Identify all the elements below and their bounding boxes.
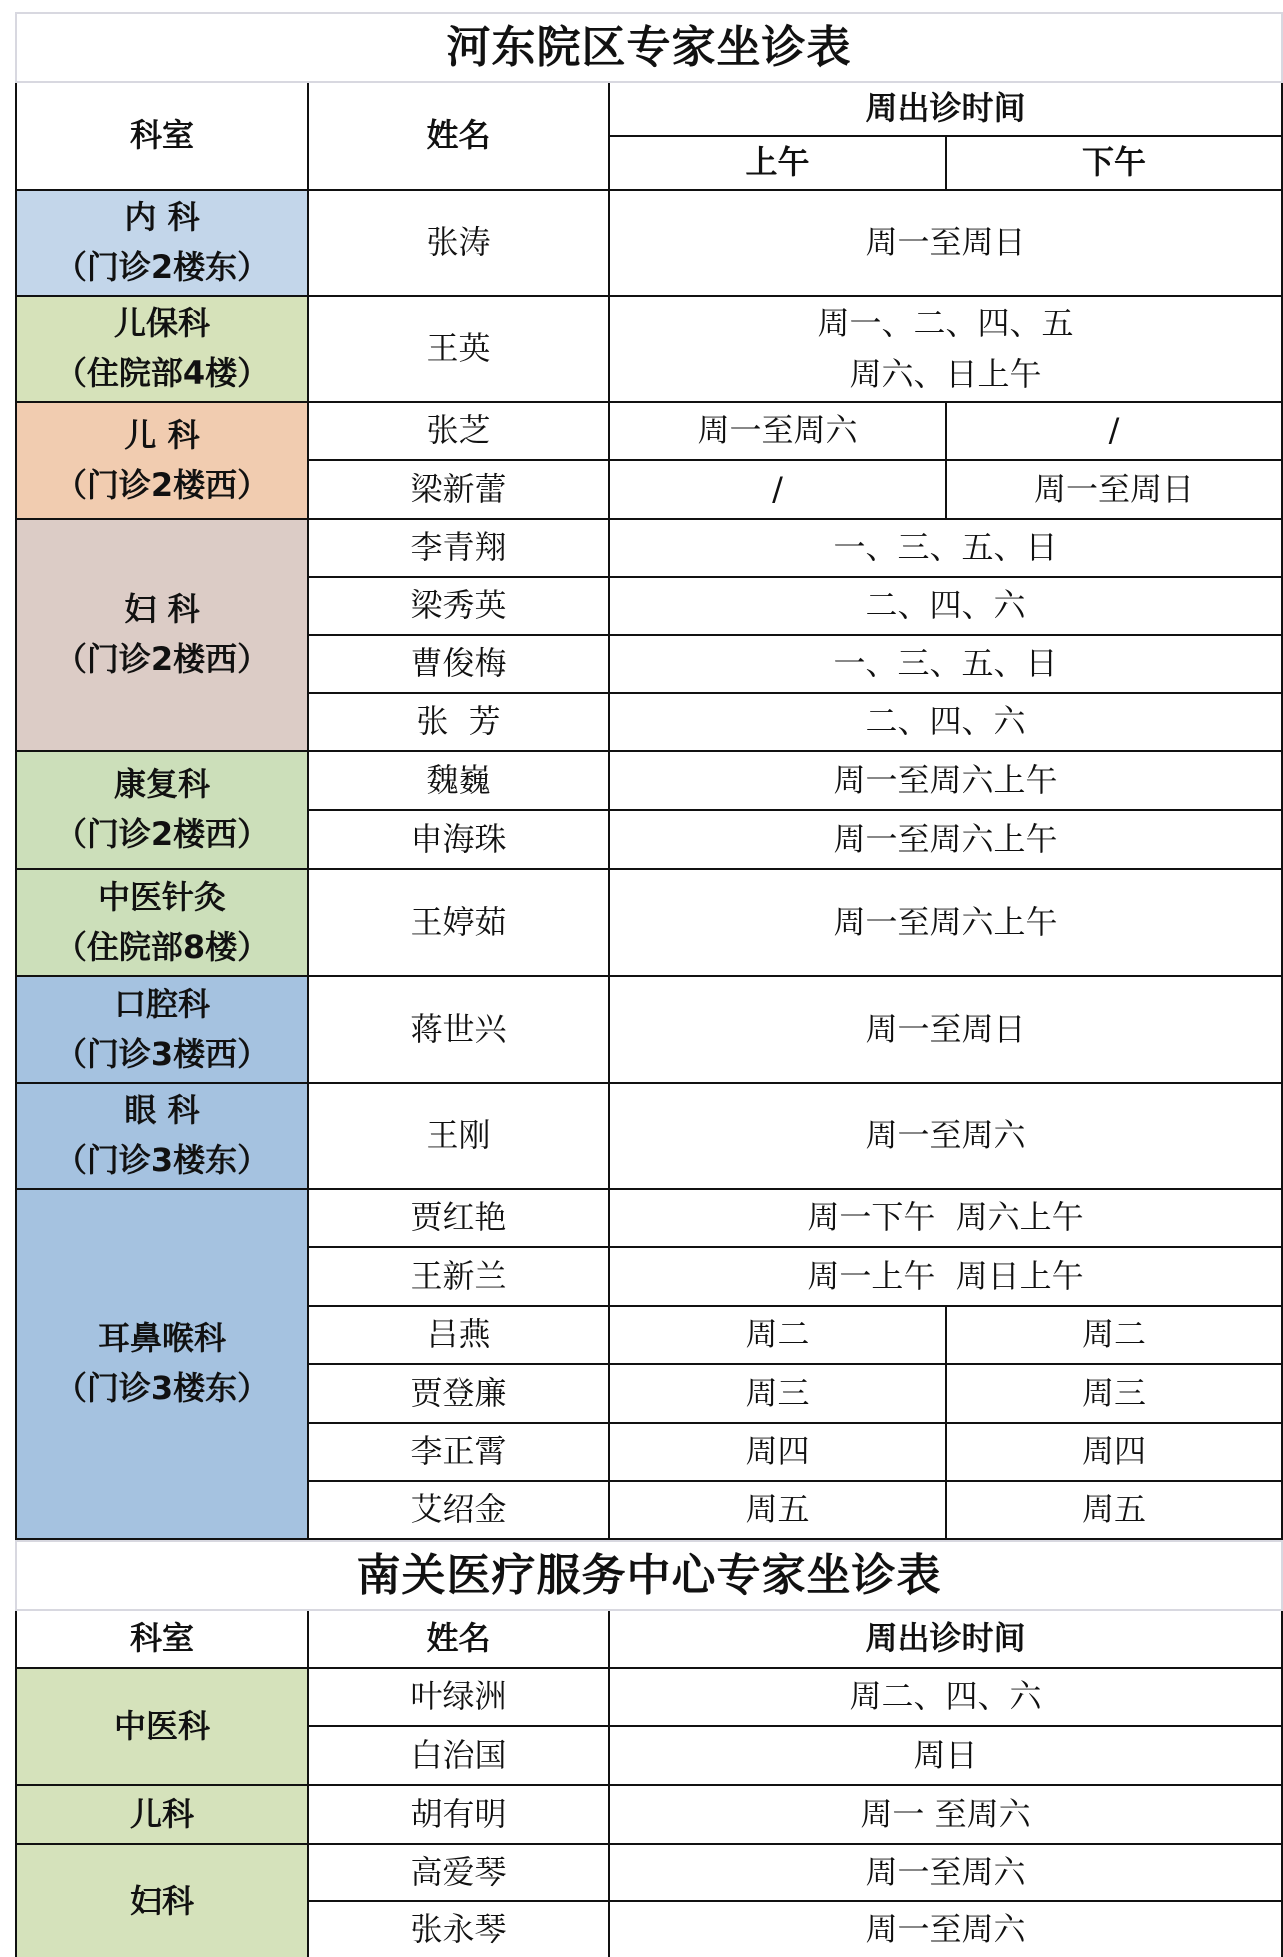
table2-title: 南关医疗服务中心专家坐诊表: [16, 1541, 1282, 1610]
dept-name: 儿保科: [17, 299, 307, 349]
doctor-morning: 周二: [609, 1306, 946, 1364]
doctor-name: 吕燕: [308, 1306, 609, 1364]
doctor-schedule: 二、四、六: [609, 577, 1282, 635]
doctor-name: 申海珠: [308, 810, 609, 869]
dept-name: 口腔科: [17, 980, 307, 1030]
doctor-morning: 周三: [609, 1364, 946, 1423]
doctor-afternoon: /: [946, 402, 1282, 460]
doctor-morning: 周五: [609, 1481, 946, 1539]
doctor-schedule: 一、三、五、日: [609, 635, 1282, 693]
nanguan-schedule-table: 南关医疗服务中心专家坐诊表 科室 姓名 周出诊时间 中医科 叶绿洲 周二、四、六…: [15, 1540, 1283, 1957]
doctor-name: 贾红艳: [308, 1189, 609, 1247]
doctor-name: 王刚: [308, 1083, 609, 1189]
doctor-afternoon: 周五: [946, 1481, 1282, 1539]
doctor-name: 梁新蕾: [308, 460, 609, 519]
dept-pediatrics: 儿科: [16, 1785, 308, 1844]
doctor-schedule: 周一下午 周六上午: [609, 1189, 1282, 1247]
dept-location: （门诊3楼东）: [17, 1364, 307, 1414]
dept-gynecology: 妇 科 （门诊2楼西）: [16, 519, 308, 751]
dept-location: （门诊3楼西）: [17, 1030, 307, 1080]
header-morning: 上午: [609, 136, 946, 190]
header-name: 姓名: [308, 82, 609, 190]
doctor-name: 艾绍金: [308, 1481, 609, 1539]
doctor-schedule: 周一至周日: [609, 190, 1282, 296]
dept-name: 眼 科: [17, 1086, 307, 1136]
doctor-name: 王新兰: [308, 1247, 609, 1306]
doctor-name: 白治国: [308, 1726, 609, 1785]
header-department: 科室: [16, 82, 308, 190]
doctor-name: 李正霄: [308, 1423, 609, 1481]
doctor-name: 贾登廉: [308, 1364, 609, 1423]
doctor-name: 曹俊梅: [308, 635, 609, 693]
schedule-line-2: 周六、日上午: [610, 349, 1281, 400]
doctor-name: 张芝: [308, 402, 609, 460]
doctor-schedule: 周一至周六: [609, 1083, 1282, 1189]
doctor-name: 王英: [308, 296, 609, 402]
doctor-schedule: 周一至周日: [609, 976, 1282, 1083]
dept-name: 耳鼻喉科: [17, 1314, 307, 1364]
doctor-name: 张涛: [308, 190, 609, 296]
doctor-name: 王婷茹: [308, 869, 609, 976]
doctor-schedule: 周一上午 周日上午: [609, 1247, 1282, 1306]
doctor-afternoon: 周三: [946, 1364, 1282, 1423]
dept-location: （门诊2楼西）: [17, 461, 307, 511]
doctor-name: 张 芳: [308, 693, 609, 751]
dept-location: （门诊2楼东）: [17, 243, 307, 293]
schedule-sheet: 河东院区专家坐诊表 科室 姓名 周出诊时间 上午 下午 内 科 （门诊2楼东） …: [15, 12, 1281, 1957]
doctor-schedule: 周一至周六上午: [609, 869, 1282, 976]
doctor-morning: 周一至周六: [609, 402, 946, 460]
dept-tcm: 中医科: [16, 1668, 308, 1785]
doctor-schedule: 周一至周六上午: [609, 751, 1282, 810]
doctor-afternoon: 周四: [946, 1423, 1282, 1481]
doctor-schedule: 周一 至周六: [609, 1785, 1282, 1844]
doctor-schedule: 周日: [609, 1726, 1282, 1785]
doctor-afternoon: 周一至周日: [946, 460, 1282, 519]
doctor-name: 李青翔: [308, 519, 609, 577]
dept-name: 儿 科: [17, 411, 307, 461]
doctor-schedule: 周一至周六: [609, 1901, 1282, 1957]
dept-gynecology: 妇科: [16, 1844, 308, 1957]
header-afternoon: 下午: [946, 136, 1282, 190]
doctor-schedule: 周二、四、六: [609, 1668, 1282, 1726]
table1-title: 河东院区专家坐诊表: [16, 13, 1282, 82]
dept-rehabilitation: 康复科 （门诊2楼西）: [16, 751, 308, 869]
dept-pediatrics: 儿 科 （门诊2楼西）: [16, 402, 308, 519]
dept-name: 中医针灸: [17, 873, 307, 923]
dept-location: （门诊2楼西）: [17, 635, 307, 685]
dept-stomatology: 口腔科 （门诊3楼西）: [16, 976, 308, 1083]
doctor-name: 胡有明: [308, 1785, 609, 1844]
dept-internal-medicine: 内 科 （门诊2楼东）: [16, 190, 308, 296]
doctor-morning: 周四: [609, 1423, 946, 1481]
dept-child-health: 儿保科 （住院部4楼）: [16, 296, 308, 402]
dept-name: 康复科: [17, 760, 307, 810]
doctor-schedule: 周一至周六: [609, 1844, 1282, 1901]
schedule-line-1: 周一、二、四、五: [610, 298, 1281, 349]
header-weekly-schedule: 周出诊时间: [609, 82, 1282, 136]
doctor-name: 蒋世兴: [308, 976, 609, 1083]
doctor-schedule: 二、四、六: [609, 693, 1282, 751]
dept-location: （门诊2楼西）: [17, 810, 307, 860]
dept-location: （住院部8楼）: [17, 923, 307, 973]
dept-acupuncture: 中医针灸 （住院部8楼）: [16, 869, 308, 976]
hedong-schedule-table: 河东院区专家坐诊表 科室 姓名 周出诊时间 上午 下午 内 科 （门诊2楼东） …: [15, 12, 1283, 1540]
header-department: 科室: [16, 1610, 308, 1668]
doctor-morning: /: [609, 460, 946, 519]
doctor-name: 高爱琴: [308, 1844, 609, 1901]
doctor-name: 叶绿洲: [308, 1668, 609, 1726]
doctor-afternoon: 周二: [946, 1306, 1282, 1364]
dept-ent: 耳鼻喉科 （门诊3楼东）: [16, 1189, 308, 1539]
doctor-name: 魏巍: [308, 751, 609, 810]
dept-ophthalmology: 眼 科 （门诊3楼东）: [16, 1083, 308, 1189]
doctor-schedule: 一、三、五、日: [609, 519, 1282, 577]
header-name: 姓名: [308, 1610, 609, 1668]
header-weekly-schedule: 周出诊时间: [609, 1610, 1282, 1668]
dept-location: （门诊3楼东）: [17, 1136, 307, 1186]
dept-name: 内 科: [17, 193, 307, 243]
dept-name: 妇 科: [17, 585, 307, 635]
doctor-name: 张永琴: [308, 1901, 609, 1957]
doctor-name: 梁秀英: [308, 577, 609, 635]
doctor-schedule: 周一至周六上午: [609, 810, 1282, 869]
dept-location: （住院部4楼）: [17, 349, 307, 399]
doctor-schedule: 周一、二、四、五 周六、日上午: [609, 296, 1282, 402]
